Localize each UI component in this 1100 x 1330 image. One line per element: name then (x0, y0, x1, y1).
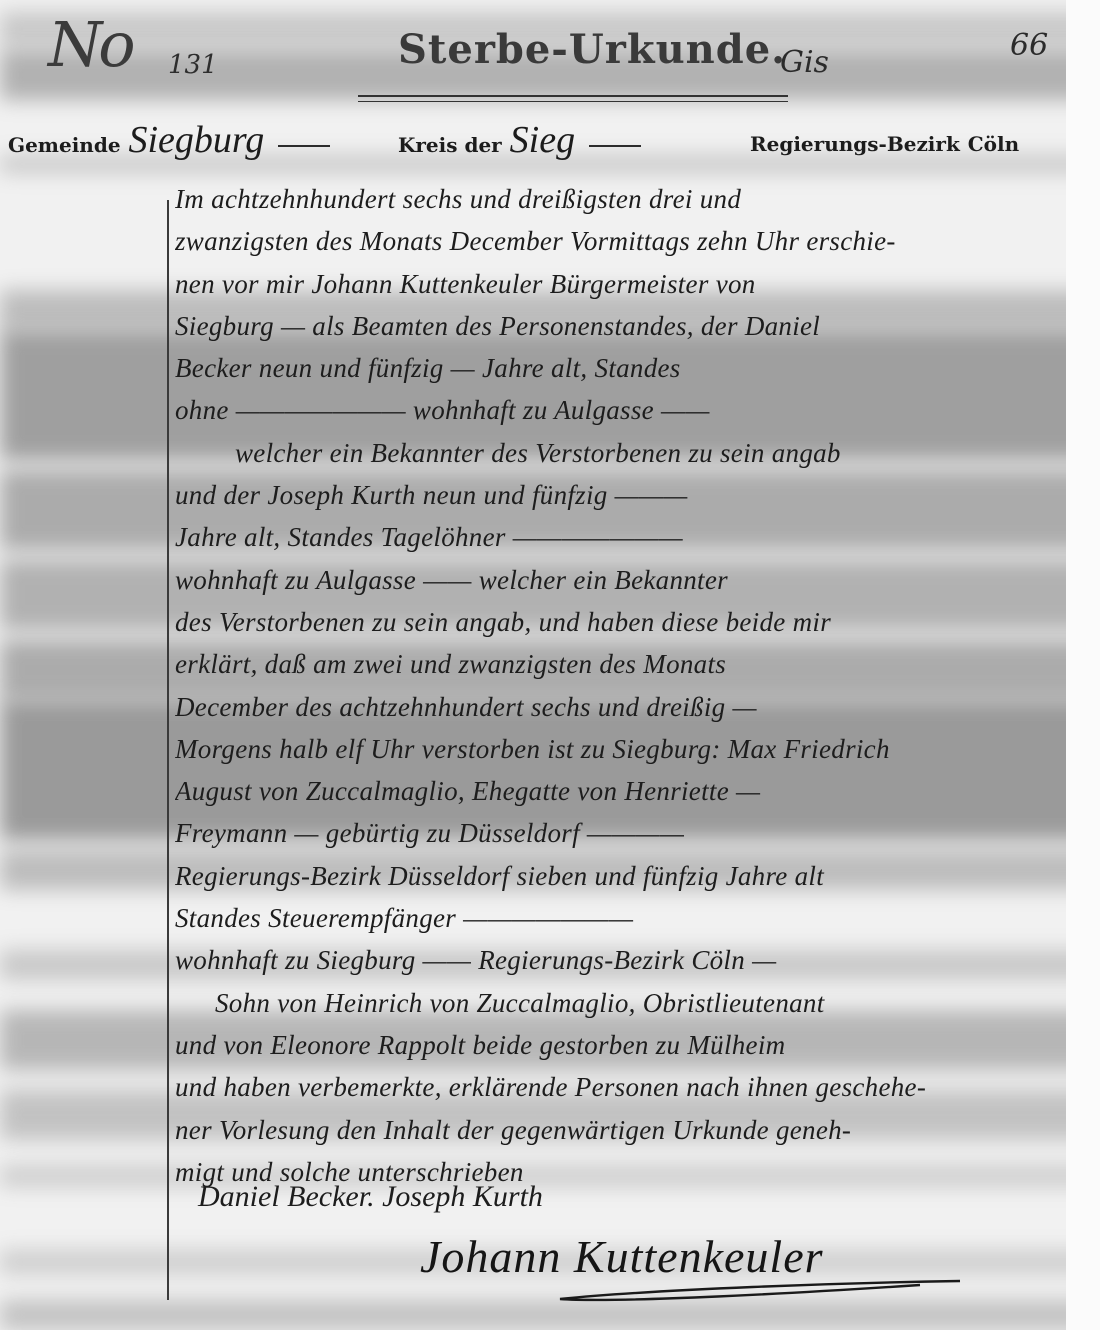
signature-flourish (540, 1275, 970, 1305)
document-title: Sterbe-Urkunde. (398, 26, 786, 73)
region-field: Regierungs-Bezirk Cöln (750, 128, 1019, 157)
body-line: wohnhaft zu Aulgasse —— welcher ein Beka… (175, 559, 1055, 601)
body-line: Im achtzehnhundert sechs und dreißigsten… (175, 178, 1055, 220)
body-line: des Verstorbenen zu sein angab, und habe… (175, 601, 1055, 643)
witness-signatures: Daniel Becker. Joseph Kurth (198, 1180, 543, 1214)
certificate-number: 131 (168, 50, 218, 80)
municipality-field: Gemeinde Siegburg (8, 118, 336, 162)
body-line: wohnhaft zu Siegburg —— Regierungs-Bezir… (175, 939, 1055, 981)
body-line: und haben verbemerkte, erklärende Person… (175, 1066, 1055, 1108)
paraphe-initials: Gis (780, 45, 829, 80)
body-line: welcher ein Bekannter des Verstorbenen z… (175, 432, 1055, 474)
district-field: Kreis der Sieg (398, 118, 647, 162)
municipality-label: Gemeinde (8, 133, 121, 157)
body-line: August von Zuccalmaglio, Ehegatte von He… (175, 770, 1055, 812)
certificate-body: Im achtzehnhundert sechs und dreißigsten… (175, 178, 1055, 1193)
body-line: Morgens halb elf Uhr verstorben ist zu S… (175, 728, 1055, 770)
page-edge (1066, 0, 1100, 1330)
fill-dash (278, 145, 330, 147)
body-line: December des achtzehnhundert sechs und d… (175, 686, 1055, 728)
certificate-number-prefix: No (48, 8, 132, 81)
body-line: Becker neun und fünfzig — Jahre alt, Sta… (175, 347, 1055, 389)
region-value: Cöln (968, 132, 1019, 156)
body-line: erklärt, daß am zwei und zwanzigsten des… (175, 643, 1055, 685)
page-number: 66 (1010, 28, 1048, 63)
death-certificate-page: No 131 Sterbe-Urkunde. Gis 66 Gemeinde S… (0, 0, 1100, 1330)
body-line: Standes Steuerempfänger ——————— (175, 897, 1055, 939)
body-line: Sohn von Heinrich von Zuccalmaglio, Obri… (175, 982, 1055, 1024)
body-line: Jahre alt, Standes Tagelöhner ——————— (175, 516, 1055, 558)
district-label: Kreis der (398, 133, 502, 157)
body-line: und der Joseph Kurth neun und fünfzig ——… (175, 474, 1055, 516)
body-line: zwanzigsten des Monats December Vormitta… (175, 220, 1055, 262)
body-line: ner Vorlesung den Inhalt der gegenwärtig… (175, 1109, 1055, 1151)
municipality-value: Siegburg (129, 119, 265, 161)
fill-dash (589, 145, 641, 147)
body-line: Siegburg — als Beamten des Personenstand… (175, 305, 1055, 347)
body-line: ohne ——————— wohnhaft zu Aulgasse —— (175, 389, 1055, 431)
body-line: und von Eleonore Rappolt beide gestorben… (175, 1024, 1055, 1066)
body-line: Freymann — gebürtig zu Düsseldorf ———— (175, 812, 1055, 854)
body-line: Regierungs-Bezirk Düsseldorf sieben und … (175, 855, 1055, 897)
margin-rule (167, 200, 169, 1300)
title-underline (358, 95, 788, 102)
district-value: Sieg (510, 119, 575, 161)
body-line: nen vor mir Johann Kuttenkeuler Bürgerme… (175, 263, 1055, 305)
region-label: Regierungs-Bezirk (750, 132, 960, 156)
